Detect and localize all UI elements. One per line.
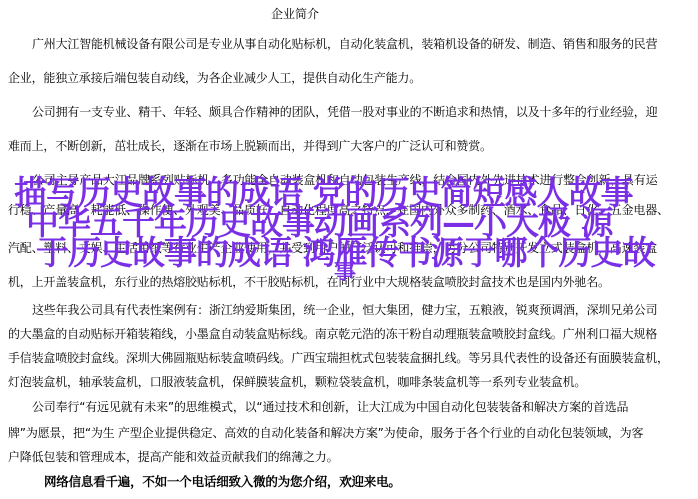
closing-line: 网络信息看千遍，不如一个电话细致入微的为您介绍，欢迎来电。 (44, 474, 698, 490)
overlay-headline[interactable]: 描写历史故事的成语 党的历史简短感人故事 中华五千年历史故事动画系列—小大极 源… (14, 178, 698, 292)
paragraph-1-line-1: 广州大江智能机械设备有限公司是专业从事自动化贴标机，自动化装盒机，装箱机设备的研… (32, 36, 688, 52)
paragraph-4-line-2: 的大墨盒的自动贴标开箱装箱线，小墨盒自动装盒贴标线。南京乾元浩的冻干粉自动理瓶装… (8, 326, 688, 342)
paragraph-4-line-1: 这些年我公司具有代表性案例有：浙江纳爱斯集团，统一企业，恒大集团，健力宝，五粮液… (32, 302, 688, 318)
document-page: 企业简介 广州大江智能机械设备有限公司是专业从事自动化贴标机，自动化装盒机，装箱… (0, 0, 698, 499)
paragraph-5-line-1: 公司奉行“有远见就有未来”的思维模式，以“通过技术和创新，让大江成为中国自动化包… (32, 399, 688, 415)
paragraph-1-line-2: 企业，能独立承接后端包装自动线，为各企业减少人工，提供自动化生产能力。 (8, 70, 688, 86)
paragraph-4-line-4: 灯泡装盒机，轴承装盒机，口服液装盒机，保鲜膜装盒机，颗粒袋装盒机，咖啡条装盒机等… (8, 374, 688, 390)
paragraph-5-line-3: 户降低包装和管理成本，提高产能和效益贡献我们的绵薄之力。 (8, 449, 688, 465)
page-title-text: 企业简介 (271, 6, 319, 22)
page-title: 企业简介 (0, 6, 590, 22)
paragraph-2-line-2: 难而上，不断创新，茁壮成长，逐渐在市场上脱颖而出，并得到广大客户的广泛认可和赞赏… (8, 138, 688, 154)
paragraph-4-line-3: 手信装盒喷胶封盒线。深圳大佛圆瓶贴标装盒喷码线。广西宝瑞担枕式包装装盒捆扎线。等… (8, 350, 688, 366)
overlay-line-3[interactable]: 于历史故事的成语 鸿雁传书源于哪个历史故 (36, 238, 698, 268)
paragraph-5-line-2: 牌”为愿景，把“为生 产型企业提供稳定、高效的自动化装备和解决方案”为使命，服务… (8, 425, 688, 441)
paragraph-2-line-1: 公司拥有一支专业、精干、年轻、颇具合作精神的团队，凭借一股对事业的不断追求和热情… (32, 104, 688, 120)
